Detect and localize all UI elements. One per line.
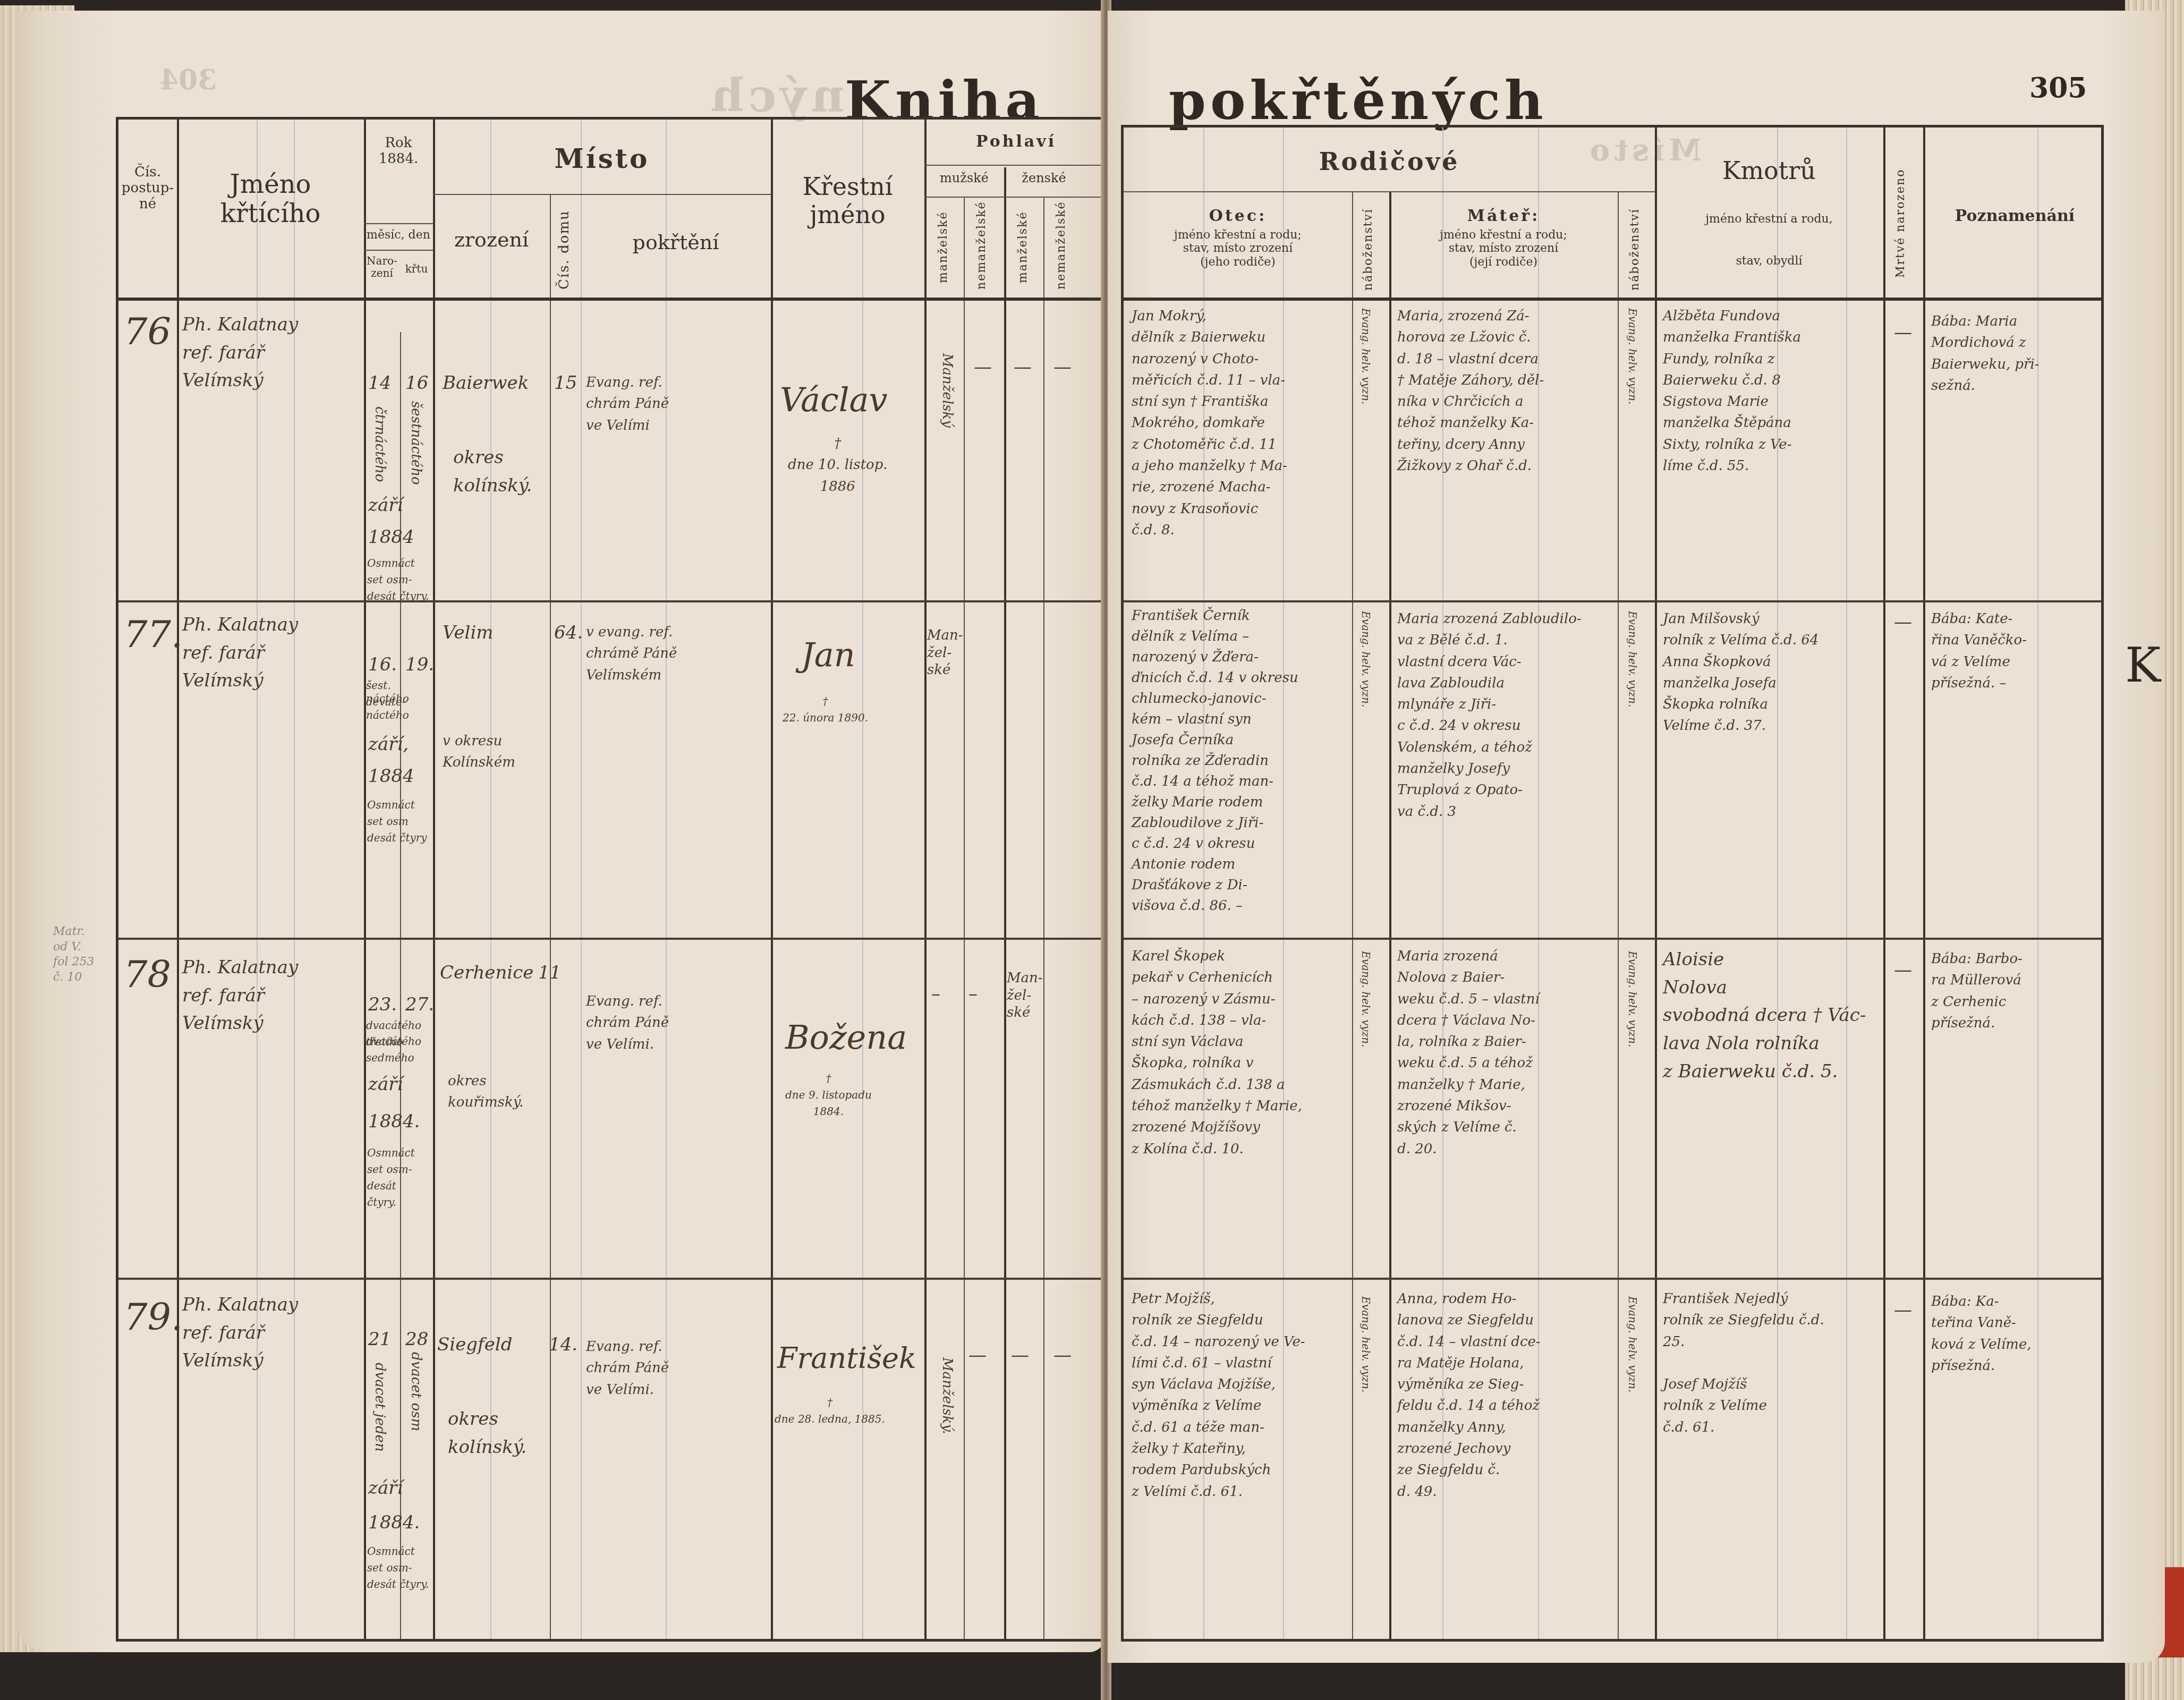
remarks: Bába: Maria Mordichová z Baierweku, při-… — [1931, 311, 2039, 396]
christian-name: Jan — [801, 630, 855, 681]
christian-name-note: † dne 28. ledna, 1885. — [775, 1395, 885, 1427]
header-otec-desc: jméno křestní a rodu; stav, místo zrozen… — [1124, 228, 1352, 269]
header-zenske-manzelske: manželské — [1016, 207, 1030, 287]
stillborn-mark: — — [1894, 1296, 1912, 1324]
header-pohlavi: Pohlaví — [924, 133, 1108, 151]
birthplace: Velim — [443, 619, 494, 647]
birthplace-district: okres kolínský. — [448, 1405, 526, 1461]
female-legitimate: — — [1014, 353, 1032, 381]
godparents: Aloisie Nolova svobodná dcera † Vác- lav… — [1663, 946, 1881, 1085]
birthplace-district: v okresu Kolínském — [443, 730, 515, 773]
header-rodicove: Rodičové — [1124, 148, 1655, 176]
year: 1884 — [368, 523, 414, 551]
year: 1884. — [368, 1509, 420, 1537]
mother-religion: Evang. helv. vyzn. — [1624, 611, 1641, 707]
header-muzske: mužské — [924, 171, 1004, 186]
header-cislo-domu: Čís. domu — [557, 210, 573, 290]
month: září — [368, 491, 403, 520]
birthplace: Siegfeld — [437, 1331, 512, 1359]
header-zenske-nemanzelske: nemanželské — [1055, 205, 1068, 290]
birth-day-words: dvacet jeden — [369, 1363, 390, 1452]
birthplace-district: okres kouřimský. — [448, 1070, 523, 1113]
baptism-day: 19. — [405, 651, 434, 679]
birth-day: 14 — [368, 369, 391, 397]
christian-name-note: † dne 10. listop. 1886 — [788, 433, 888, 497]
baptizer-name: Ph. Kalatnay ref. farář Velímský — [182, 611, 298, 695]
birthplace: Cerhenice — [440, 959, 533, 987]
header-mrtve-narozeno: Mrtvé narozeno — [1894, 159, 1907, 287]
baptism-place: v evang. ref. chrámě Páně Velímském — [586, 622, 677, 686]
header-poznamenani: Poznamenání — [1923, 207, 2106, 226]
year-words: Osmnáct set osm- desát čtyry. — [367, 1145, 415, 1211]
male-illegitimate: – — [968, 980, 978, 1008]
header-krtu: křtu — [400, 263, 433, 275]
header-zrozeni: zrození — [433, 228, 550, 252]
header-mater: Máteř: — [1389, 207, 1618, 226]
header-pokrteni: pokřtění — [581, 231, 771, 254]
left-page: 304 ných Kniha Matr. od V. fol 253 č. 10… — [16, 11, 1105, 1652]
house-number: 64. — [554, 619, 583, 647]
baptism-day-words: šestnáctého — [405, 401, 427, 485]
header-kmotru: Kmotrů — [1655, 157, 1883, 185]
house-number: 14. — [549, 1331, 577, 1359]
baptizer-name: Ph. Kalatnay ref. farář Velímský — [182, 954, 298, 1038]
header-jmeno-krticiho: Jméno křtícího — [177, 170, 364, 228]
ghost-title-bleedthrough: ných — [707, 69, 844, 123]
header-krestni-jmeno: Křestní jméno — [771, 173, 924, 229]
male-legitimate: Manželský. — [937, 1357, 958, 1434]
year-words: Osmnáct set osm- desát čtyry. — [367, 555, 429, 605]
date-words-2: dvacátého sedmého — [366, 1033, 432, 1066]
mother-details: Maria zrozená Nolova z Baier- weku č.d. … — [1397, 946, 1615, 1160]
male-legitimate: Manželský — [937, 353, 958, 428]
baptism-place: Evang. ref. chrám Páně ve Velími. — [586, 991, 669, 1055]
baptism-day: 28 — [405, 1325, 428, 1354]
father-details: František Černík dělník z Velíma – naroz… — [1132, 606, 1349, 916]
header-mesic-den: měsíc, den — [364, 228, 433, 242]
margin-pencil-note: Matr. od V. fol 253 č. 10 — [53, 924, 94, 985]
register-table-right: Rodičové Otec: jméno křestní a rodu; sta… — [1121, 125, 2104, 1642]
stillborn-mark: — — [1894, 608, 1912, 636]
christian-name-note: † dne 9. listopadu 1884. — [785, 1070, 872, 1120]
entry-number: 76 — [124, 303, 171, 361]
christian-name: František — [777, 1336, 916, 1381]
female-legitimate: Man- žel- ské — [1007, 970, 1043, 1022]
female-legitimate: — — [1011, 1341, 1029, 1370]
godparents: Alžběta Fundova manželka Františka Fundy… — [1663, 305, 1881, 477]
entry-number: 78 — [124, 946, 171, 1004]
christian-name: Božena — [785, 1012, 907, 1063]
year: 1884. — [368, 1108, 420, 1136]
female-illegitimate: — — [1053, 1341, 1072, 1370]
father-religion: Evang. helv. vyzn. — [1357, 951, 1374, 1047]
female-illegitimate: — — [1053, 353, 1072, 381]
male-illegitimate: — — [968, 1341, 987, 1370]
date-words-2: náctého náctého — [366, 691, 432, 724]
header-mater-desc: jméno křestní a rodu; stav, místo zrozen… — [1389, 228, 1618, 269]
birthplace-district: okres kolínský. — [453, 444, 532, 499]
christian-name-note: † 22. února 1890. — [783, 693, 868, 726]
birthplace: Baierwek — [443, 369, 529, 397]
year-words: Osmnáct set osm- desát čtyry. — [367, 1543, 429, 1593]
entry-number: 77. — [124, 606, 183, 664]
mother-religion: Evang. helv. vyzn. — [1624, 951, 1641, 1047]
remarks: Bába: Ka- teřina Vaně- ková z Velíme, př… — [1931, 1291, 2032, 1376]
stillborn-mark: — — [1894, 319, 1912, 347]
mother-details: Maria zrozená Zabloudilo- va z Bělé č.d.… — [1397, 608, 1615, 822]
year-words: Osmnáct set osm desát čtyry — [367, 797, 427, 846]
stillborn-mark: — — [1894, 956, 1912, 984]
baptism-day: 27. — [405, 991, 434, 1019]
christian-name: Václav — [780, 375, 888, 426]
birth-day: 23. — [368, 991, 397, 1019]
birth-day: 21 — [368, 1325, 391, 1354]
header-narozeni: Naro- zení — [364, 255, 400, 279]
mirrored-page-number: 304 — [159, 64, 217, 96]
father-religion: Evang. helv. vyzn. — [1357, 308, 1374, 404]
header-rok: Rok 1884. — [364, 135, 433, 167]
entry-number: 79. — [124, 1288, 183, 1346]
birth-day-words: čtrnáctého — [369, 406, 390, 482]
mother-religion: Evang. helv. vyzn. — [1624, 308, 1641, 404]
page-title-right: pokřtěných — [1169, 69, 1548, 132]
father-religion: Evang. helv. vyzn. — [1357, 611, 1374, 707]
father-details: Karel Škopek pekař v Cerhenicích – naroz… — [1132, 946, 1349, 1160]
baptism-day-words: dvacet osm — [405, 1352, 427, 1431]
remarks: Bába: Kate- řina Vaněčko- vá z Velíme př… — [1931, 608, 2027, 694]
header-otec-nabozenstvi: náboženství — [1362, 207, 1375, 292]
godparents: František Nejedlý rolník ze Siegfeldu č.… — [1663, 1288, 1881, 1438]
register-table-left: Čís. postup- né Jméno křtícího Rok 1884.… — [116, 117, 1105, 1642]
header-kmotru-desc: jméno křestní a rodu, stav, obydlí — [1655, 212, 1883, 269]
house-number: 11 — [538, 959, 561, 987]
month: září — [368, 1070, 403, 1099]
mother-details: Anna, rodem Ho- lanova ze Siegfeldu č.d.… — [1397, 1288, 1615, 1502]
baptism-place: Evang. ref. chrám Páně ve Velími. — [586, 1336, 669, 1400]
month: září, — [368, 730, 409, 759]
male-illegitimate: — — [974, 353, 992, 381]
birth-day: 16. — [368, 651, 397, 679]
male-legitimate: Man- žel- ské — [927, 627, 963, 679]
house-number: 15 — [554, 369, 577, 397]
godparents: Jan Milšovský rolník z Velíma č.d. 64 An… — [1663, 608, 1881, 737]
father-details: Jan Mokrý, dělník z Baierweku narozený v… — [1132, 305, 1349, 541]
header-muzske-manzelske: manželské — [937, 207, 950, 287]
baptism-day: 16 — [405, 369, 428, 397]
male-legitimate: – — [931, 980, 940, 1008]
mother-details: Maria, zrozená Zá- horova ze Lžovic č. d… — [1397, 305, 1615, 477]
header-zenske: ženské — [1004, 171, 1084, 186]
baptism-place: Evang. ref. chrám Páně ve Velími — [586, 372, 669, 436]
right-page: pokřtěných 305 Místo Rodičové Otec: jmén… — [1108, 11, 2165, 1663]
year: 1884 — [368, 762, 414, 790]
index-tab-letter: K — [2125, 637, 2161, 693]
baptizer-name: Ph. Kalatnay ref. farář Velímský — [182, 311, 298, 395]
remarks: Bába: Barbo- ra Müllerová z Cerhenic pří… — [1931, 948, 2022, 1034]
header-muzske-nemanzelske: nemanželské — [975, 205, 988, 290]
baptizer-name: Ph. Kalatnay ref. farář Velímský — [182, 1291, 298, 1375]
father-religion: Evang. helv. vyzn. — [1357, 1296, 1374, 1392]
header-cislo-postupne: Čís. postup- né — [118, 165, 177, 212]
mother-religion: Evang. helv. vyzn. — [1624, 1296, 1641, 1392]
header-misto: Místo — [433, 143, 771, 174]
month: září — [368, 1474, 403, 1502]
header-mater-nabozenstvi: náboženství — [1628, 207, 1642, 292]
header-otec: Otec: — [1124, 207, 1352, 226]
page-number: 305 — [2029, 72, 2087, 104]
father-details: Petr Mojžíš, rolník ze Siegfeldu č.d. 14… — [1132, 1288, 1349, 1502]
